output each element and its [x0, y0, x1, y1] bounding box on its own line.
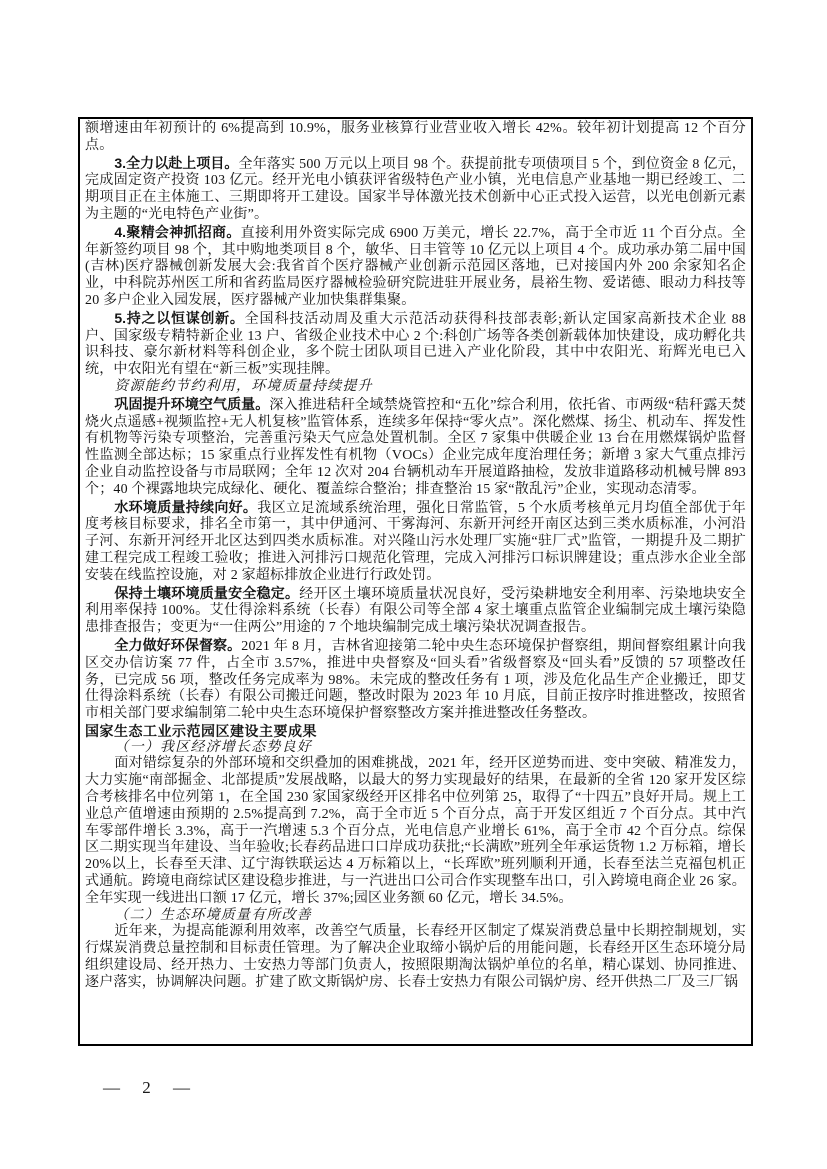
paragraph-text: （一）我区经济增长态势良好 — [114, 740, 312, 755]
subhead-1-economic-growth: （一）我区经济增长态势良好 — [85, 740, 746, 757]
para-continuation: 额增速由年初预计的 6%提高到 10.9%，服务业核算行业营业收入增长 42%。… — [85, 121, 746, 155]
paragraph-text: 面对错综复杂的外部环境和交织叠加的困难挑战，2021 年，经开区逆势而进、变中突… — [85, 756, 746, 905]
paragraph-lead: 保持土壤环境质量安全稳定。 — [114, 585, 299, 601]
paragraph-lead: 水环境质量持续向好。 — [114, 499, 257, 515]
para-energy-boilers: 近年来，为提高能源利用效率，改善空气质量，长春经开区制定了煤炭消费总量中长期控制… — [85, 924, 746, 991]
paragraph-lead: 巩固提升环境空气质量。 — [114, 396, 269, 412]
para-air-quality: 巩固提升环境空气质量。深入推进秸秆全域禁烧管控和“五化”综合利用，依托省、市两级… — [85, 396, 746, 499]
document-page: 额增速由年初预计的 6%提高到 10.9%，服务业核算行业营业收入增长 42%。… — [0, 0, 827, 1169]
paragraph-text: 深入推进秸秆全域禁烧管控和“五化”综合利用，依托省、市两级“秸秆露天焚烧火点遥感… — [85, 398, 746, 497]
para-water-quality: 水环境质量持续向好。我区立足流域系统治理，强化日常监管，5 个水质考核单元月均值… — [85, 499, 746, 585]
heading-eco-park-results: 国家生态工业示范园区建设主要成果 — [85, 723, 746, 740]
para-environmental-inspection: 全力做好环保督察。2021 年 8 月，吉林省迎接第二轮中央生态环境保护督察组，… — [85, 637, 746, 723]
paragraph-text: 近年来，为提高能源利用效率，改善空气质量，长春经开区制定了煤炭消费总量中长期控制… — [85, 924, 746, 989]
paragraph-text: （二）生态环境质量有所改善 — [114, 908, 312, 923]
paragraph-lead: 4.聚精会神抓招商。 — [114, 224, 240, 240]
subhead-resources-environment: 资源能约节约利用，环境质量持续提升 — [85, 379, 746, 396]
para-4-investment-attraction: 4.聚精会神抓招商。直接利用外资实际完成 6900 万美元，增长 22.7%，高… — [85, 224, 746, 310]
para-3-projects: 3.全力以赴上项目。全年落实 500 万元以上项目 98 个。获提前批专项债项目… — [85, 155, 746, 224]
para-5-innovation: 5.持之以恒谋创新。全国科技活动周及重大示范活动获得科技部表彰;新认定国家高新技… — [85, 310, 746, 379]
report-text-cell: 额增速由年初预计的 6%提高到 10.9%，服务业核算行业营业收入增长 42%。… — [78, 117, 753, 1046]
paragraph-lead: 全力做好环保督察。 — [114, 637, 241, 653]
heading-text: 国家生态工业示范园区建设主要成果 — [85, 723, 317, 739]
paragraph-lead: 5.持之以恒谋创新。 — [114, 310, 244, 326]
paragraph-text: 资源能约节约利用，环境质量持续提升 — [114, 379, 372, 394]
para-economic-growth: 面对错综复杂的外部环境和交织叠加的困难挑战，2021 年，经开区逆势而进、变中突… — [85, 756, 746, 907]
subhead-2-eco-environment: （二）生态环境质量有所改善 — [85, 908, 746, 925]
para-soil-quality: 保持土壤环境质量安全稳定。经开区土壤环境质量状况良好，受污染耕地安全利用率、污染… — [85, 585, 746, 637]
paragraph-lead: 3.全力以赴上项目。 — [114, 155, 238, 171]
page-number: — 2 — — [103, 1078, 192, 1098]
paragraph-text: 额增速由年初预计的 6%提高到 10.9%，服务业核算行业营业收入增长 42%。… — [85, 121, 746, 153]
